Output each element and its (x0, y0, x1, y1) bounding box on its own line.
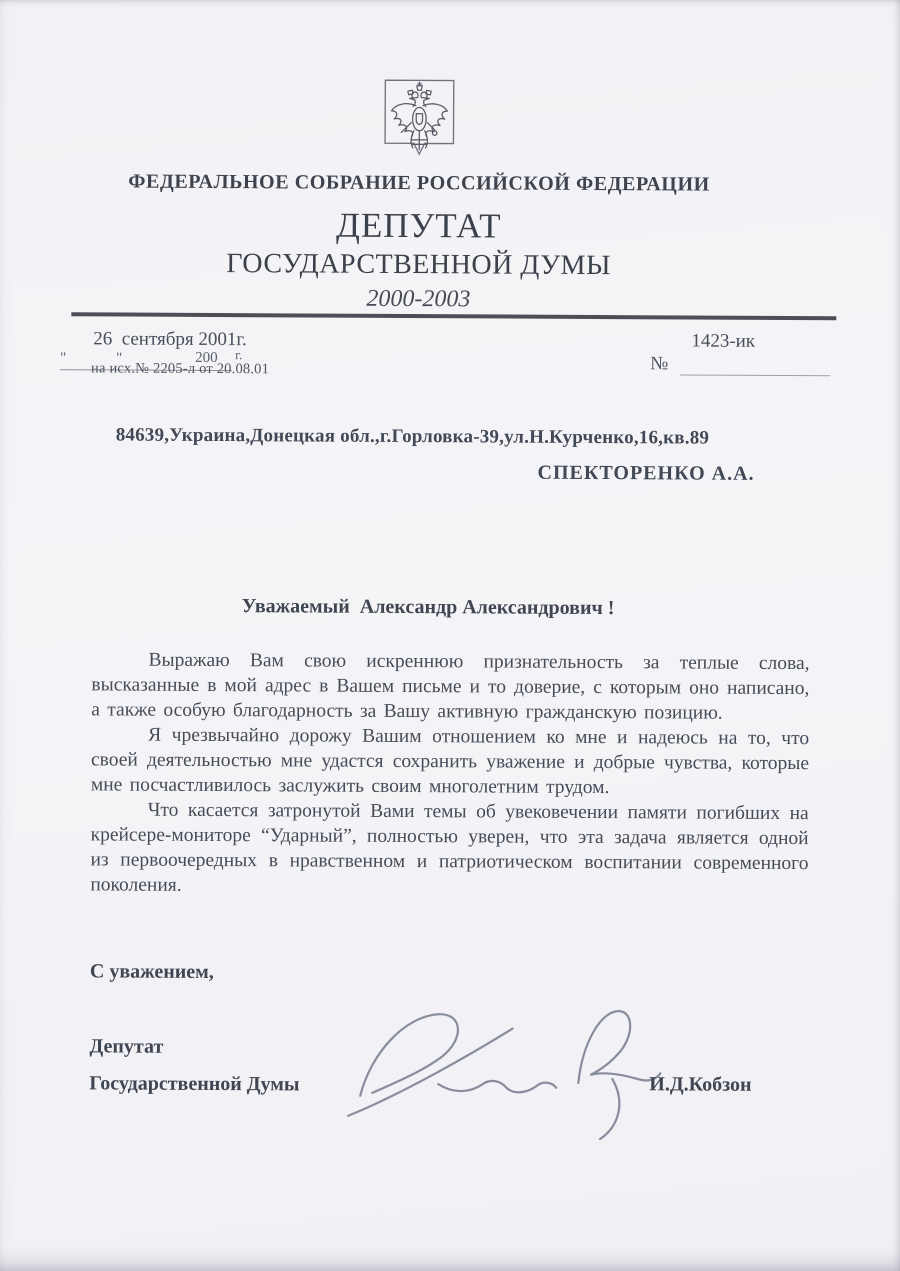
scanned-letter-page: ФЕДЕРАЛЬНОЕ СОБРАНИЕ РОССИЙСКОЙ ФЕДЕРАЦИ… (0, 0, 900, 1271)
signer-position-line2: Государственной Думы (89, 1072, 299, 1096)
body-paragraph-3: Что касается затронутой Вами темы об уве… (90, 797, 809, 901)
handwritten-signature (342, 998, 665, 1152)
closing-regards: С уважением, (90, 960, 214, 984)
double-headed-eagle-icon (383, 76, 455, 162)
letter-body: Выражаю Вам свою искреннюю признательнос… (90, 647, 809, 901)
letterhead-subtitle: ГОСУДАРСТВЕННОЙ ДУМЫ (0, 247, 839, 283)
incoming-reference: на исх.№ 2205-л от 20.08.01 (91, 360, 269, 378)
number-sign: № (650, 353, 668, 375)
letter-date: 26 сентября 2001г. (93, 328, 247, 351)
body-paragraph-1: Выражаю Вам свою искреннюю признательнос… (91, 647, 809, 726)
recipient-name: СПЕКТОРЕНКО А.А. (537, 462, 754, 486)
signer-position-line1: Депутат (89, 1035, 163, 1058)
letterhead-term: 2000-2003 (0, 284, 838, 315)
number-blank-underline (680, 355, 830, 376)
letter-content: ФЕДЕРАЛЬНОЕ СОБРАНИЕ РОССИЙСКОЙ ФЕДЕРАЦИ… (0, 0, 900, 1271)
body-paragraph-2: Я чрезвычайно дорожу Вашим отношением ко… (91, 722, 809, 801)
letterhead-title: ДЕПУТАТ (0, 204, 839, 248)
salutation: Уважаемый Александр Александрович ! (242, 595, 615, 620)
signature-icon (342, 998, 665, 1152)
outgoing-number: 1423-ик (658, 330, 788, 353)
signer-name: И.Д.Кобзон (649, 1073, 751, 1097)
recipient-address: 84639,Украина,Донецкая обл.,г.Горловка-3… (116, 424, 710, 449)
letterhead-organization: ФЕДЕРАЛЬНОЕ СОБРАНИЕ РОССИЙСКОЙ ФЕДЕРАЦИ… (0, 170, 839, 197)
russia-coat-of-arms-icon (383, 76, 455, 162)
